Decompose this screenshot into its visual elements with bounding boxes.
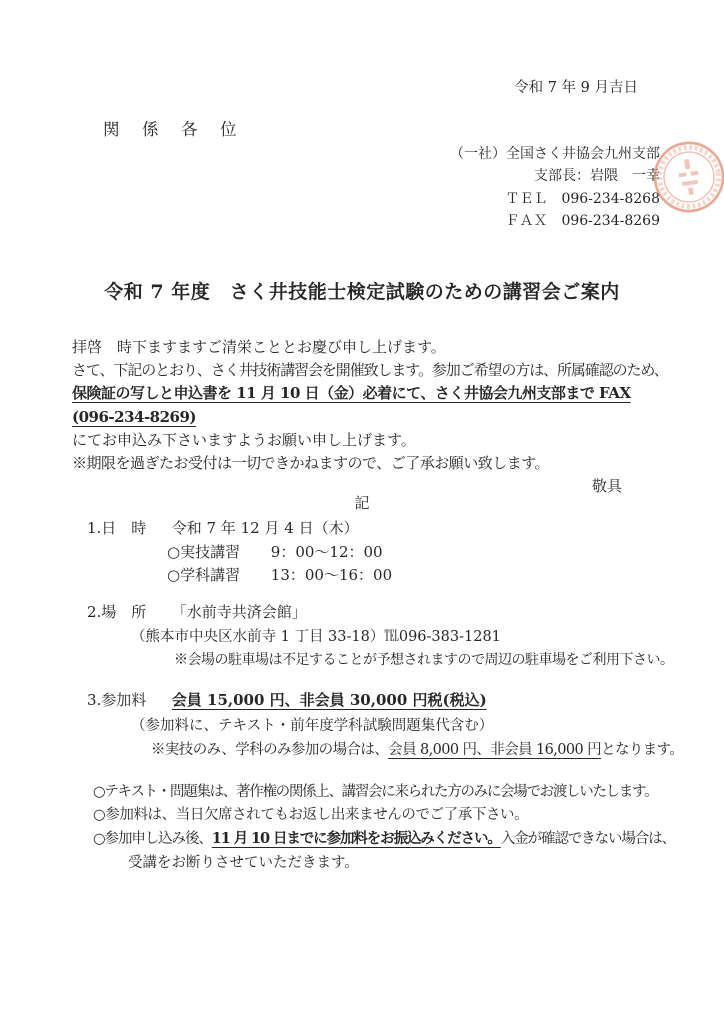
- item-datetime-number: 1.日 時: [87, 517, 167, 538]
- request-line: にてお申込み下さいますようお願い申し上げます。: [72, 429, 668, 452]
- note-textbook: ○テキスト・問題集は、著作権の関係上、講習会に来られた方のみに会場でお渡しいたし…: [93, 781, 683, 804]
- fee-partial-suffix: となります。: [601, 742, 683, 758]
- practical-session-row: ○実技講習 9：00～12：00: [167, 541, 383, 562]
- document-title: 令和 7 年度 さく井技能士検定試験のための講習会ご案内: [0, 277, 724, 304]
- note-no-refund: ○参加料は、当日欠席されてもお返し出来ませんのでご了承下さい。: [93, 804, 683, 827]
- venue-parking-note: ※会場の駐車場は不足することが予想されますので周辺の駐車場をご利用下さい。: [174, 649, 674, 669]
- fee-partial-prefix: ※実技のみ、学科のみ参加の場合は、: [151, 742, 388, 758]
- seal-icon: [646, 134, 724, 220]
- branch-seal-stamp: [651, 139, 724, 215]
- letter-body: 拝啓 時下ますますご清栄こととお慶び申し上げます。 さて、下記のとおり、さく井技…: [72, 336, 668, 498]
- item-venue-number: 2.場 所: [87, 601, 167, 622]
- item-datetime-value: 令和 7 年 12 月 4 日（木）: [172, 519, 359, 537]
- practical-session-time: 9：00～12：00: [271, 543, 383, 561]
- note-payment-suffix: 入金が確認できない場合は、: [501, 831, 675, 847]
- item-fee: 3.参加料 会員 15,000 円、非会員 30,000 円税(税込): [87, 689, 487, 710]
- caution-line: ※期限を過ぎたお受付は一切できかねますので、ご了承お願い致します。: [72, 452, 668, 475]
- sender-fax: ＦＡＸ 096-234-8269: [450, 210, 660, 232]
- footer-notes: ○テキスト・問題集は、著作権の関係上、講習会に来られた方のみに会場でお渡しいたし…: [93, 781, 683, 875]
- sender-tel: ＴＥＬ 096-234-8268: [450, 188, 660, 210]
- item-fee-value: 会員 15,000 円、非会員 30,000 円税(税込): [172, 691, 487, 709]
- academic-session-label: ○学科講習: [167, 564, 266, 585]
- intro-line: さて、下記のとおり、さく井技術講習会を開催致します。参加ご希望の方は、所属確認の…: [72, 359, 668, 382]
- sender-chief: 支部長：岩隈 一幸: [450, 165, 660, 187]
- record-mark: 記: [0, 492, 724, 513]
- deadline-line: 保険証の写しと申込書を 11 月 10 日（金）必着にて、さく井協会九州支部まで…: [72, 382, 668, 428]
- note-payment-deadline: 11 月 10 日までに参加料をお振込みください。: [212, 830, 501, 847]
- fee-partial-amounts: 会員 8,000 円、非会員 16,000 円: [388, 742, 601, 758]
- item-fee-number: 3.参加料: [87, 689, 167, 710]
- letter-page: 令和 7 年 9 月吉日 関 係 各 位 （一社）全国さく井協会九州支部 支部長…: [0, 0, 724, 1024]
- academic-session-row: ○学科講習 13：00～16：00: [167, 564, 392, 585]
- item-venue: 2.場 所 「水前寺共済会館」: [87, 601, 307, 622]
- practical-session-label: ○実技講習: [167, 541, 266, 562]
- note-payment: ○参加申し込み後、11 月 10 日までに参加料をお振込みください。入金が確認で…: [93, 827, 683, 851]
- sender-organization: （一社）全国さく井協会九州支部: [450, 143, 660, 165]
- recipient-line: 関 係 各 位: [103, 116, 240, 140]
- academic-session-time: 13：00～16：00: [271, 566, 392, 584]
- note-payment-continued: 受講をお断りさせていただきます。: [93, 852, 683, 875]
- item-datetime: 1.日 時 令和 7 年 12 月 4 日（木）: [87, 517, 359, 538]
- greeting-line: 拝啓 時下ますますご清栄こととお慶び申し上げます。: [72, 336, 668, 359]
- note-payment-prefix: ○参加申し込み後、: [93, 831, 212, 847]
- venue-address: （熊本市中央区水前寺 1 丁目 33-18）℡096-383-1281: [131, 625, 501, 646]
- item-venue-value: 「水前寺共済会館」: [172, 603, 307, 621]
- fee-partial-note: ※実技のみ、学科のみ参加の場合は、会員 8,000 円、非会員 16,000 円…: [151, 738, 683, 759]
- fee-includes-note: （参加料に、テキスト・前年度学科試験問題集代含む）: [131, 714, 493, 735]
- sender-block: （一社）全国さく井協会九州支部 支部長：岩隈 一幸 ＴＥＬ 096-234-82…: [450, 143, 660, 233]
- issue-date: 令和 7 年 9 月吉日: [514, 76, 638, 97]
